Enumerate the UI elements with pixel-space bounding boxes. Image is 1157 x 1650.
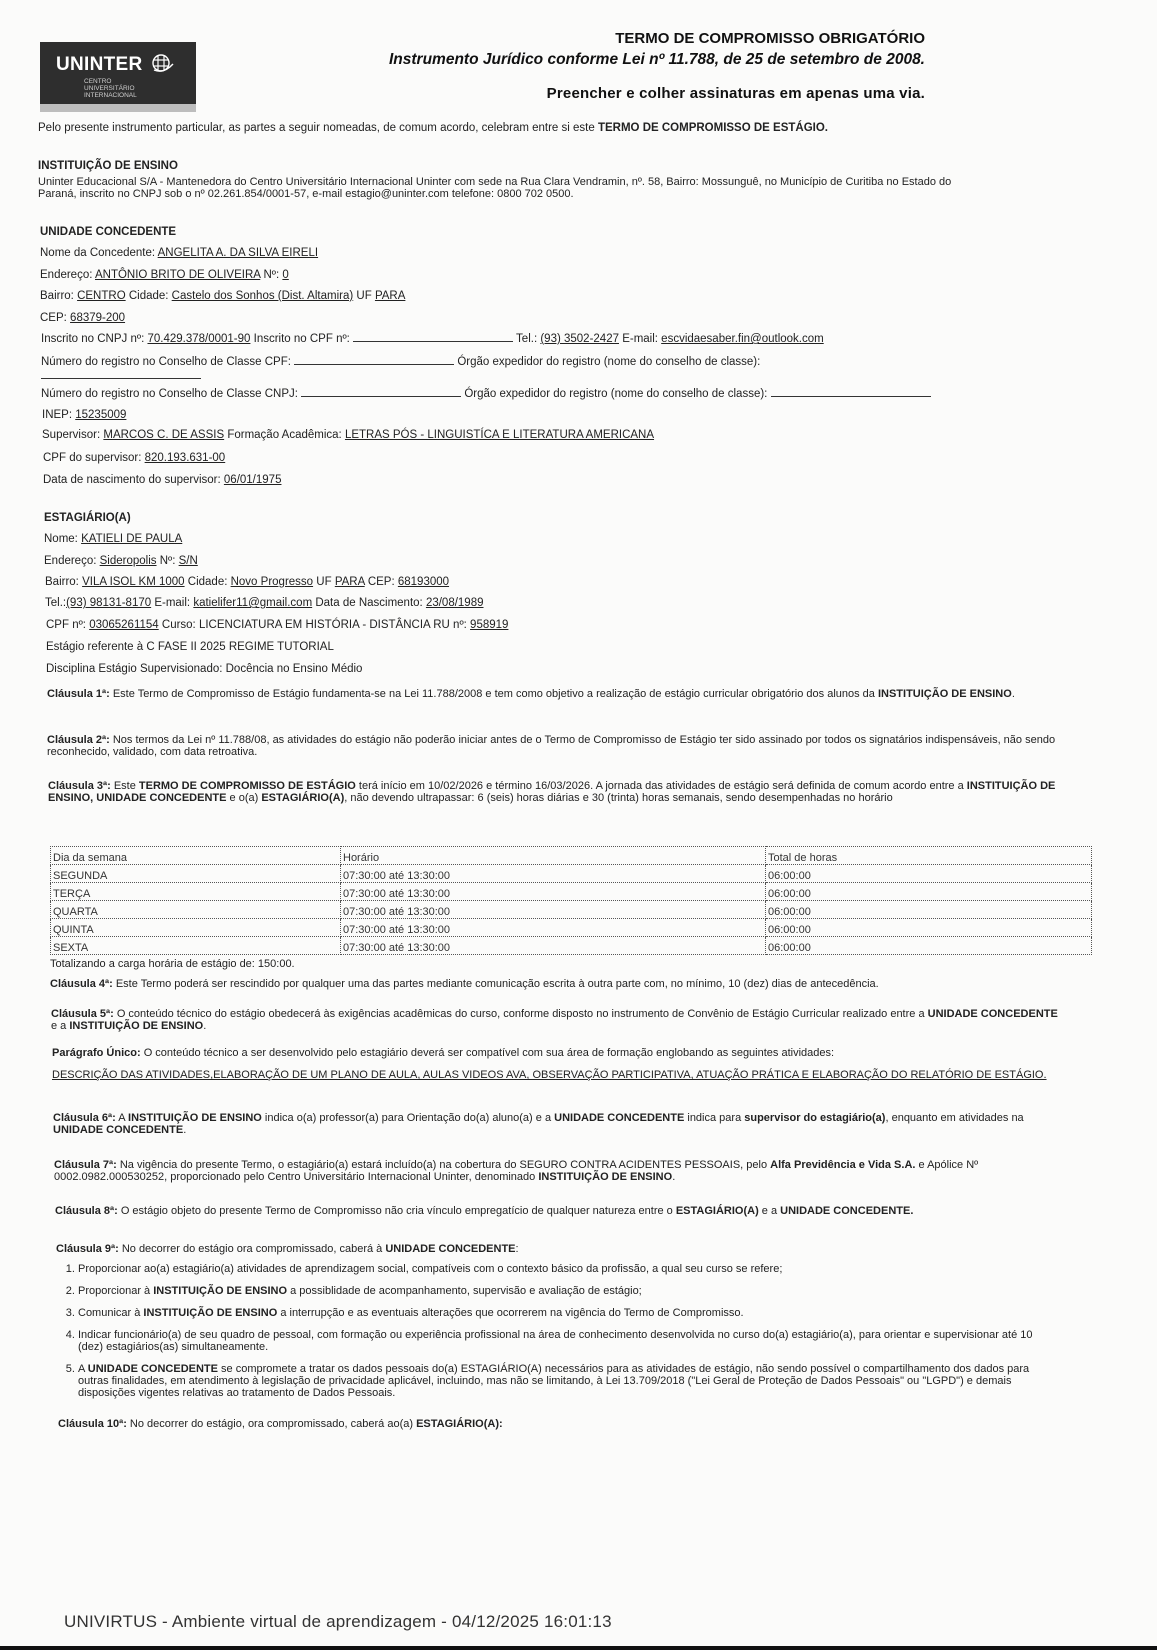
table-row: SEXTA07:30:00 até 13:30:0006:00:00 <box>51 937 1092 955</box>
section-heading-concedente: UNIDADE CONCEDENTE <box>40 226 176 239</box>
cell-dia: TERÇA <box>51 883 341 901</box>
clausula-7: Cláusula 7ª: Na vigência do presente Ter… <box>54 1159 1064 1183</box>
estagiario-contato: Tel.:(93) 98131-8170 E-mail: katielifer1… <box>45 597 745 610</box>
logo-brand: UNINTER <box>56 54 143 76</box>
list-item: A UNIDADE CONCEDENTE se compromete a tra… <box>78 1363 1048 1399</box>
cell-total: 06:00:00 <box>766 865 1092 883</box>
concedente-cnpj-line: Inscrito no CNPJ nº: 70.429.378/0001-90 … <box>41 331 1041 346</box>
document-title: TERMO DE COMPROMISSO OBRIGATÓRIO <box>389 30 925 47</box>
cell-dia: SEXTA <box>51 937 341 955</box>
list-item: Proporcionar ao(a) estagiário(a) ativida… <box>78 1263 1048 1275</box>
cell-horario: 07:30:00 até 13:30:00 <box>341 919 766 937</box>
footer-timestamp: UNIVIRTUS - Ambiente virtual de aprendiz… <box>64 1612 612 1632</box>
clausula-9-list: Proporcionar ao(a) estagiário(a) ativida… <box>58 1263 1048 1409</box>
header-total: Total de horas <box>766 847 1092 865</box>
cell-total: 06:00:00 <box>766 937 1092 955</box>
concedente-registro-cpf: Número do registro no Conselho de Classe… <box>41 354 1041 369</box>
concedente-endereco: Endereço: ANTÔNIO BRITO DE OLIVEIRA Nº: … <box>40 269 289 282</box>
uninter-logo: UNINTER CENTRO UNIVERSITÁRIO INTERNACION… <box>40 42 196 112</box>
concedente-supervisor: Supervisor: MARCOS C. DE ASSIS Formação … <box>42 429 1042 442</box>
cell-dia: SEGUNDA <box>51 865 341 883</box>
paragrafo-unico: Parágrafo Único: O conteúdo técnico a se… <box>52 1047 1062 1060</box>
clausula-8: Cláusula 8ª: O estágio objeto do present… <box>55 1205 1065 1218</box>
concedente-cpf-supervisor: CPF do supervisor: 820.193.631-00 <box>43 452 225 465</box>
cell-horario: 07:30:00 até 13:30:00 <box>341 901 766 919</box>
concedente-cep: CEP: 68379-200 <box>40 312 125 325</box>
table-row: QUARTA07:30:00 até 13:30:0006:00:00 <box>51 901 1092 919</box>
fill-instruction: Preencher e colher assinaturas em apenas… <box>389 85 925 102</box>
cell-horario: 07:30:00 até 13:30:00 <box>341 883 766 901</box>
estagiario-endereco: Endereço: Sideropolis Nº: S/N <box>44 555 198 568</box>
estagiario-referente: Estágio referente à C FASE II 2025 REGIM… <box>46 641 334 654</box>
cell-dia: QUARTA <box>51 901 341 919</box>
clausula-3: Cláusula 3ª: Este TERMO DE COMPROMISSO D… <box>48 780 1058 804</box>
header-horario: Horário <box>341 847 766 865</box>
cell-total: 06:00:00 <box>766 883 1092 901</box>
clausula-9: Cláusula 9ª: No decorrer do estágio ora … <box>56 1243 1066 1256</box>
table-header-row: Dia da semana Horário Total de horas <box>51 847 1092 865</box>
atividades-descricao: DESCRIÇÃO DAS ATIVIDADES,ELABORAÇÃO DE U… <box>52 1069 1052 1081</box>
concedente-registro-cnpj: Número do registro no Conselho de Classe… <box>41 386 1041 401</box>
table-row: SEGUNDA07:30:00 até 13:30:0006:00:00 <box>51 865 1092 883</box>
clausula-1: Cláusula 1ª: Este Termo de Compromisso d… <box>47 688 1057 701</box>
instituicao-details: Uninter Educacional S/A - Mantenedora do… <box>38 176 1038 200</box>
cell-total: 06:00:00 <box>766 901 1092 919</box>
concedente-inep: INEP: 15235009 <box>42 409 126 422</box>
list-item: Comunicar à INSTITUIÇÃO DE ENSINO a inte… <box>78 1307 1048 1319</box>
table-row: TERÇA07:30:00 até 13:30:0006:00:00 <box>51 883 1092 901</box>
globe-icon <box>150 52 176 74</box>
clausula-2: Cláusula 2ª: Nos termos da Lei nº 11.788… <box>47 734 1057 758</box>
schedule-table: Dia da semana Horário Total de horas SEG… <box>50 846 1092 955</box>
concedente-bairro: Bairro: CENTRO Cidade: Castelo dos Sonho… <box>40 290 405 303</box>
cell-dia: QUINTA <box>51 919 341 937</box>
intro-paragraph: Pelo presente instrumento particular, as… <box>38 122 828 135</box>
footer-divider <box>0 1646 1157 1650</box>
orgao-cpf-blank <box>41 368 201 379</box>
concedente-nasc-supervisor: Data de nascimento do supervisor: 06/01/… <box>43 474 281 487</box>
clausula-5: Cláusula 5ª: O conteúdo técnico do estág… <box>51 1008 1061 1032</box>
estagiario-curso: CPF nº: 03065261154 Curso: LICENCIATURA … <box>46 619 746 632</box>
clausula-6: Cláusula 6ª: A INSTITUIÇÃO DE ENSINO ind… <box>53 1112 1063 1136</box>
list-item: Proporcionar à INSTITUIÇÃO DE ENSINO a p… <box>78 1285 1048 1297</box>
cell-total: 06:00:00 <box>766 919 1092 937</box>
carga-horaria-total: Totalizando a carga horária de estágio d… <box>50 958 295 971</box>
list-item: Indicar funcionário(a) de seu quadro de … <box>78 1329 1048 1353</box>
cell-horario: 07:30:00 até 13:30:00 <box>341 937 766 955</box>
clausula-4: Cláusula 4ª: Este Termo poderá ser resci… <box>50 978 1060 991</box>
logo-subtitle: CENTRO UNIVERSITÁRIO INTERNACIONAL <box>84 78 137 99</box>
document-subtitle: Instrumento Jurídico conforme Lei nº 11.… <box>389 51 925 69</box>
cell-horario: 07:30:00 até 13:30:00 <box>341 865 766 883</box>
section-heading-estagiario: ESTAGIÁRIO(A) <box>44 512 131 525</box>
section-heading-instituicao: INSTITUIÇÃO DE ENSINO <box>38 160 178 173</box>
table-row: QUINTA07:30:00 até 13:30:0006:00:00 <box>51 919 1092 937</box>
document-page: UNINTER CENTRO UNIVERSITÁRIO INTERNACION… <box>0 0 1157 1650</box>
estagiario-nome: Nome: KATIELI DE PAULA <box>44 533 182 546</box>
estagiario-disciplina: Disciplina Estágio Supervisionado: Docên… <box>46 663 362 676</box>
header-dia: Dia da semana <box>51 847 341 865</box>
concedente-nome: Nome da Concedente: ANGELITA A. DA SILVA… <box>40 247 318 260</box>
clausula-10: Cláusula 10ª: No decorrer do estágio, or… <box>58 1418 1058 1431</box>
estagiario-bairro: Bairro: VILA ISOL KM 1000 Cidade: Novo P… <box>45 576 745 589</box>
document-header: TERMO DE COMPROMISSO OBRIGATÓRIO Instrum… <box>389 30 925 102</box>
